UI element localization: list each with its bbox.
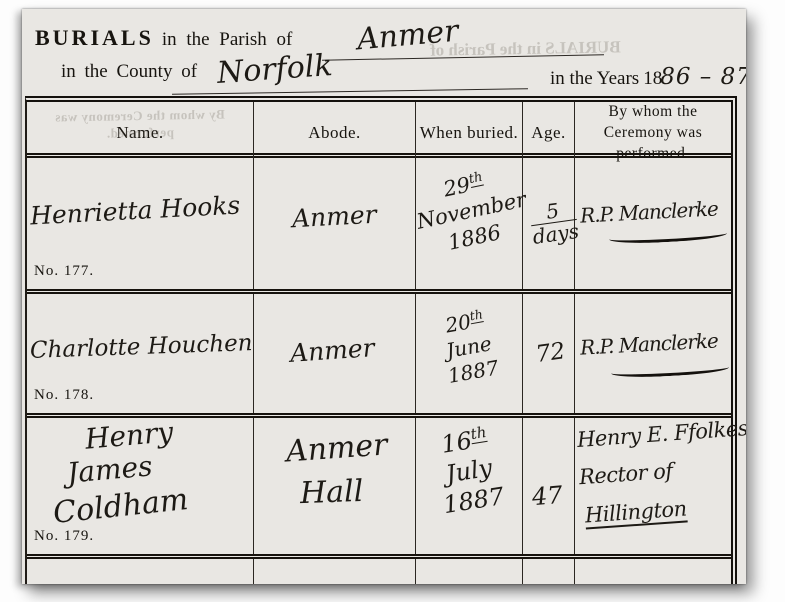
column-header-officiant-label: By whom the Ceremony was performed. — [583, 102, 723, 165]
year-value: 86 – 87 — [660, 64, 746, 90]
officiant-cell: R.P. Manclerke — [575, 294, 731, 413]
name-value-line2: James — [66, 452, 154, 487]
record-number: No. 177. — [34, 263, 94, 280]
officiant-cell: Henry E. Ffolkes Rector of Hillington — [575, 418, 731, 554]
burial-day: 16 — [439, 426, 474, 458]
when-buried-cell: 20th June 1887 — [416, 294, 523, 413]
burial-day-ordinal: th — [467, 170, 484, 188]
parish-prefix: in the Parish of — [162, 29, 293, 50]
burial-day-ordinal: th — [469, 307, 485, 325]
officiant-signature: R.P. Manclerke — [580, 330, 719, 357]
column-header-abode: Abode. — [254, 102, 416, 165]
burial-register-page: BURIALS in the Parish of BURIALSin the P… — [22, 9, 746, 584]
age-cell: 5 days — [523, 158, 575, 289]
table-header-row: By whom the Ceremony was performed. Name… — [27, 102, 731, 158]
age-value: 47 — [531, 483, 564, 510]
record-number: No. 178. — [34, 387, 94, 404]
parish-value: Anmer — [356, 17, 460, 56]
officiant-cell: R.P. Manclerke — [575, 158, 731, 289]
name-value-line3: Coldham — [52, 485, 190, 529]
name-value: Charlotte Houchen — [30, 332, 253, 363]
county-value: Norfolk — [216, 51, 333, 89]
age-cell: 47 — [523, 418, 575, 554]
record-number: No. 179. — [34, 528, 94, 545]
page-title: BURIALSin the Parish of — [35, 25, 292, 51]
name-value-line1: Henry — [84, 418, 174, 454]
column-header-age-label: Age. — [531, 123, 566, 143]
burials-label: BURIALS — [35, 25, 154, 50]
signature-flourish — [609, 227, 727, 245]
officiant-title-line: Rector of — [578, 461, 673, 488]
officiant-parish-line: Hillington — [584, 498, 687, 529]
name-cell — [27, 559, 254, 584]
officiant-cell — [575, 559, 731, 584]
name-cell: Charlotte Houchen No. 178. — [27, 294, 254, 413]
column-header-abode-label: Abode. — [308, 123, 361, 143]
burial-date: 29th November 1886 — [409, 162, 529, 261]
abode-value-line1: Anmer — [285, 430, 388, 467]
abode-cell: Anmer — [254, 294, 416, 413]
age-cell — [523, 559, 575, 584]
column-header-age: Age. — [523, 102, 575, 165]
age-value: 72 — [535, 340, 567, 367]
name-cell: Henry James Coldham No. 179. — [27, 418, 254, 554]
when-buried-cell — [416, 559, 523, 584]
abode-value-line2: Hall — [299, 477, 363, 509]
column-header-officiant: By whom the Ceremony was performed. — [575, 102, 731, 165]
signature-flourish — [611, 361, 729, 379]
burial-day-ordinal: th — [469, 423, 487, 444]
age-cell: 72 — [523, 294, 575, 413]
county-prefix: in the County of — [61, 61, 197, 83]
when-buried-cell: 16th July 1887 — [416, 418, 523, 554]
name-value: Henrietta Hooks — [29, 193, 240, 229]
when-buried-cell: 29th November 1886 — [416, 158, 523, 289]
abode-cell: Anmer — [254, 158, 416, 289]
abode-value: Anmer — [291, 202, 377, 231]
bleed-through-header-text: By whom the Ceremony was performed. — [27, 106, 254, 144]
column-header-when-buried: When buried. — [416, 102, 523, 165]
empty-row-partial — [27, 559, 731, 584]
burial-date: 20th June 1887 — [410, 301, 527, 393]
abode-cell: Anmer Hall — [254, 418, 416, 554]
table-row: Henrietta Hooks No. 177. Anmer 29th Nove… — [27, 158, 731, 294]
abode-value: Anmer — [289, 335, 375, 366]
abode-cell — [254, 559, 416, 584]
year-line: in the Years1886 – 87 — [550, 66, 746, 90]
column-header-name: By whom the Ceremony was performed. Name… — [27, 102, 254, 165]
table-row: Henry James Coldham No. 179. Anmer Hall … — [27, 418, 731, 559]
burial-table: By whom the Ceremony was performed. Name… — [25, 96, 737, 584]
burial-date: 16th July 1887 — [410, 418, 529, 523]
table-row: Charlotte Houchen No. 178. Anmer 20th Ju… — [27, 294, 731, 418]
officiant-signature: R.P. Manclerke — [580, 198, 719, 225]
year-prefix: in the Years — [550, 68, 639, 89]
column-header-when-buried-label: When buried. — [420, 123, 519, 143]
age-value: 5 days — [528, 197, 580, 248]
age-unit: days — [531, 220, 580, 248]
officiant-signature-line1: Henry E. Ffolkes — [576, 418, 746, 451]
name-cell: Henrietta Hooks No. 177. — [27, 158, 254, 289]
